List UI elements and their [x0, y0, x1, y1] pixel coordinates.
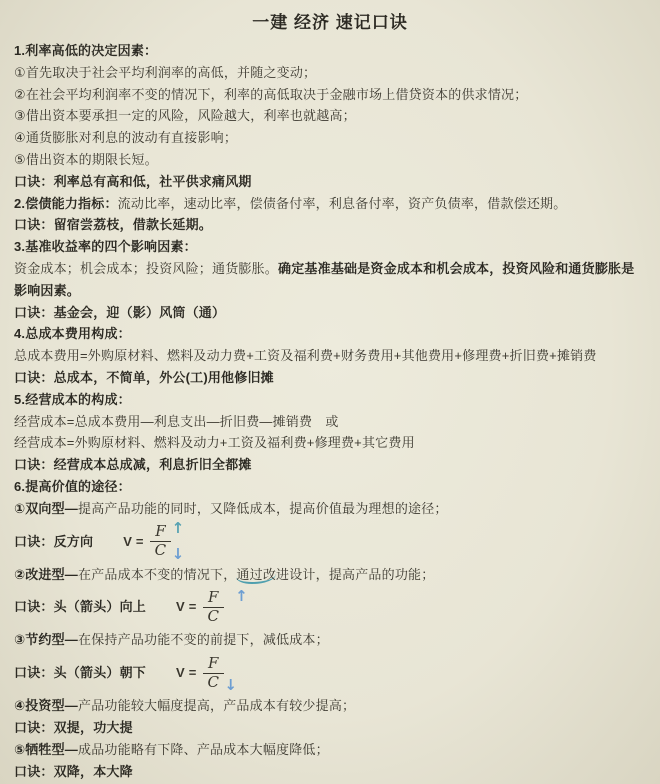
bold-text-segment: ⑤牺牲型— [14, 742, 78, 757]
bold-text-segment: 口诀：经营成本总成减，利息折旧全都摊 [14, 457, 252, 472]
document-body: 1.利率高低的决定因素：①首先取决于社会平均利润率的高低，并随之变动；②在社会平… [14, 40, 646, 782]
numerator: F [203, 590, 224, 608]
bold-text-segment: 4.总成本费用构成： [14, 326, 131, 341]
section-heading: 2.偿债能力指标：流动比率，速动比率，偿债备付率，利息备付率，资产负债率，借款偿… [14, 193, 646, 215]
formula-variable: V [176, 596, 186, 618]
text-segment: 流动比率，速动比率，偿债备付率，利息备付率，资产负债率，借款偿还期。 [118, 196, 567, 211]
text-segment: ①首先取决于社会平均利润率的高低，并随之变动； [14, 65, 316, 80]
value-engineering-formula: V=FC↓ [176, 656, 226, 691]
mnemonic-line: 口诀：基金会，迎（影）风筒（通） [14, 302, 646, 324]
value-engineering-formula: V=FC↑↓ [123, 524, 173, 559]
up-arrow-icon: ↑ [172, 521, 185, 536]
section-heading: 4.总成本费用构成： [14, 323, 646, 345]
equals-sign: = [136, 531, 144, 553]
section-heading: 6.提高价值的途径： [14, 476, 646, 498]
equals-sign: = [189, 662, 197, 684]
text-segment: 提高产品功能的同时，又降低成本，提高价值最为理想的途径； [78, 501, 448, 516]
bold-text-segment: ②改进型— [14, 567, 78, 582]
body-line: ④投资型—产品功能较大幅度提高，产品成本有较少提高； [14, 695, 646, 717]
bold-text-segment: 口诀：总成本，不简单，外公(工)用他修旧摊 [14, 370, 274, 385]
mnemonic-formula-line: 口诀：头（箭头）朝下V=FC↓ [14, 651, 646, 695]
body-line: 资金成本；机会成本；投资风险；通货膨胀。确定基准基础是资金成本和机会成本，投资风… [14, 258, 646, 302]
bold-text-segment: 5.经营成本的构成： [14, 392, 131, 407]
denominator: C [202, 608, 224, 625]
mnemonic-line: 口诀：利率总有高和低，社平供求痛风期 [14, 171, 646, 193]
body-line: ①首先取决于社会平均利润率的高低，并随之变动； [14, 62, 646, 84]
text-segment: 在产品成本不变的情况下， [78, 567, 236, 582]
body-line: 总成本费用=外购原材料、燃料及动力费+工资及福利费+财务费用+其他费用+修理费+… [14, 345, 646, 367]
text-segment: 产品功能较大幅度提高，产品成本有较少提高； [78, 698, 355, 713]
section-heading: 5.经营成本的构成： [14, 389, 646, 411]
equals-sign: = [189, 596, 197, 618]
mnemonic-label: 口诀：头（箭头）朝下 [14, 662, 146, 684]
up-arrow-icon: ↑ [235, 589, 248, 604]
bold-text-segment: 6.提高价值的途径： [14, 479, 131, 494]
text-segment: 成品功能略有下降、产品成本大幅度降低； [78, 742, 329, 757]
fraction: FC [202, 590, 224, 625]
body-line: ⑤借出资本的期限长短。 [14, 149, 646, 171]
fraction: FC↑↓ [150, 524, 172, 559]
text-segment: 经营成本=外购原材料、燃料及动力+工资及福利费+修理费+其它费用 [14, 435, 415, 450]
bold-text-segment: ④投资型— [14, 698, 78, 713]
down-arrow-icon: ↓ [172, 547, 185, 562]
text-segment: ②在社会平均利润率不变的情况下，利率的高低取决于金融市场上借贷资本的供求情况； [14, 87, 527, 102]
text-segment: ⑤借出资本的期限长短。 [14, 152, 158, 167]
mnemonic-label: 口诀：头（箭头）向上 [14, 596, 146, 618]
bold-text-segment: 1.利率高低的决定因素： [14, 43, 157, 58]
body-line: ②在社会平均利润率不变的情况下，利率的高低取决于金融市场上借贷资本的供求情况； [14, 84, 646, 106]
body-line: ①双向型—提高产品功能的同时，又降低成本，提高价值最为理想的途径； [14, 498, 646, 520]
mnemonic-line: 口诀：双降，本大降 [14, 761, 646, 783]
numerator: F [203, 656, 224, 674]
text-segment: ③借出资本要承担一定的风险，风险越大，利率也就越高； [14, 108, 356, 123]
bold-text-segment: 口诀：双降，本大降 [14, 764, 133, 779]
body-line: ②改进型—在产品成本不变的情况下，通过改进设计，提高产品的功能； [14, 564, 646, 586]
bold-text-segment: 3.基准收益率的四个影响因素： [14, 239, 197, 254]
body-line: ③借出资本要承担一定的风险，风险越大，利率也就越高； [14, 105, 646, 127]
body-line: ④通货膨胀对利息的波动有直接影响； [14, 127, 646, 149]
mnemonic-label: 口诀：反方向 [14, 531, 93, 553]
body-line: ⑤牺牲型—成品功能略有下降、产品成本大幅度降低； [14, 739, 646, 761]
body-line: ③节约型—在保持产品功能不变的前提下，减低成本； [14, 629, 646, 651]
text-segment: 通过改 [236, 567, 276, 584]
denominator: C [202, 674, 224, 691]
page-title: 一建 经济 速记口诀 [14, 8, 646, 33]
mnemonic-formula-line: 口诀：头（箭头）向上V=FC↑ [14, 585, 646, 629]
denominator: C [150, 542, 172, 559]
bold-text-segment: 口诀：双提，功大提 [14, 720, 133, 735]
text-segment: 经营成本=总成本费用—利息支出—折旧费—摊销费 或 [14, 414, 339, 429]
mnemonic-line: 口诀：留宿尝荔枝，借款长延期。 [14, 214, 646, 236]
body-line: 经营成本=总成本费用—利息支出—折旧费—摊销费 或 [14, 411, 646, 433]
mnemonic-formula-line: 口诀：反方向V=FC↑↓ [14, 520, 646, 564]
formula-variable: V [176, 662, 186, 684]
bold-text-segment: 口诀：利率总有高和低，社平供求痛风期 [14, 174, 252, 189]
down-arrow-icon: ↓ [224, 678, 237, 693]
value-engineering-formula: V=FC↑ [176, 590, 248, 625]
section-heading: 3.基准收益率的四个影响因素： [14, 236, 646, 258]
mnemonic-line: 口诀：经营成本总成减，利息折旧全都摊 [14, 454, 646, 476]
formula-variable: V [123, 531, 133, 553]
mnemonic-line: 口诀：双提，功大提 [14, 717, 646, 739]
bold-text-segment: ①双向型— [14, 501, 78, 516]
numerator: F [150, 524, 171, 542]
bold-text-segment: 口诀：基金会，迎（影）风筒（通） [14, 305, 225, 320]
text-segment: 在保持产品功能不变的前提下，减低成本； [78, 632, 329, 647]
bold-text-segment: ③节约型— [14, 632, 78, 647]
text-segment: 进设计，提高产品的功能； [276, 567, 434, 582]
text-segment: 总成本费用=外购原材料、燃料及动力费+工资及福利费+财务费用+其他费用+修理费+… [14, 348, 597, 363]
text-segment: ④通货膨胀对利息的波动有直接影响； [14, 130, 237, 145]
bold-text-segment: 2.偿债能力指标： [14, 196, 118, 211]
mnemonic-line: 口诀：总成本，不简单，外公(工)用他修旧摊 [14, 367, 646, 389]
document-page: 一建 经济 速记口诀 1.利率高低的决定因素：①首先取决于社会平均利润率的高低，… [0, 0, 660, 784]
body-line: 经营成本=外购原材料、燃料及动力+工资及福利费+修理费+其它费用 [14, 432, 646, 454]
section-heading: 1.利率高低的决定因素： [14, 40, 646, 62]
fraction: FC↓ [202, 656, 224, 691]
bold-text-segment: 口诀：留宿尝荔枝，借款长延期。 [14, 217, 212, 232]
text-segment: 资金成本；机会成本；投资风险；通货膨胀。 [14, 261, 278, 276]
